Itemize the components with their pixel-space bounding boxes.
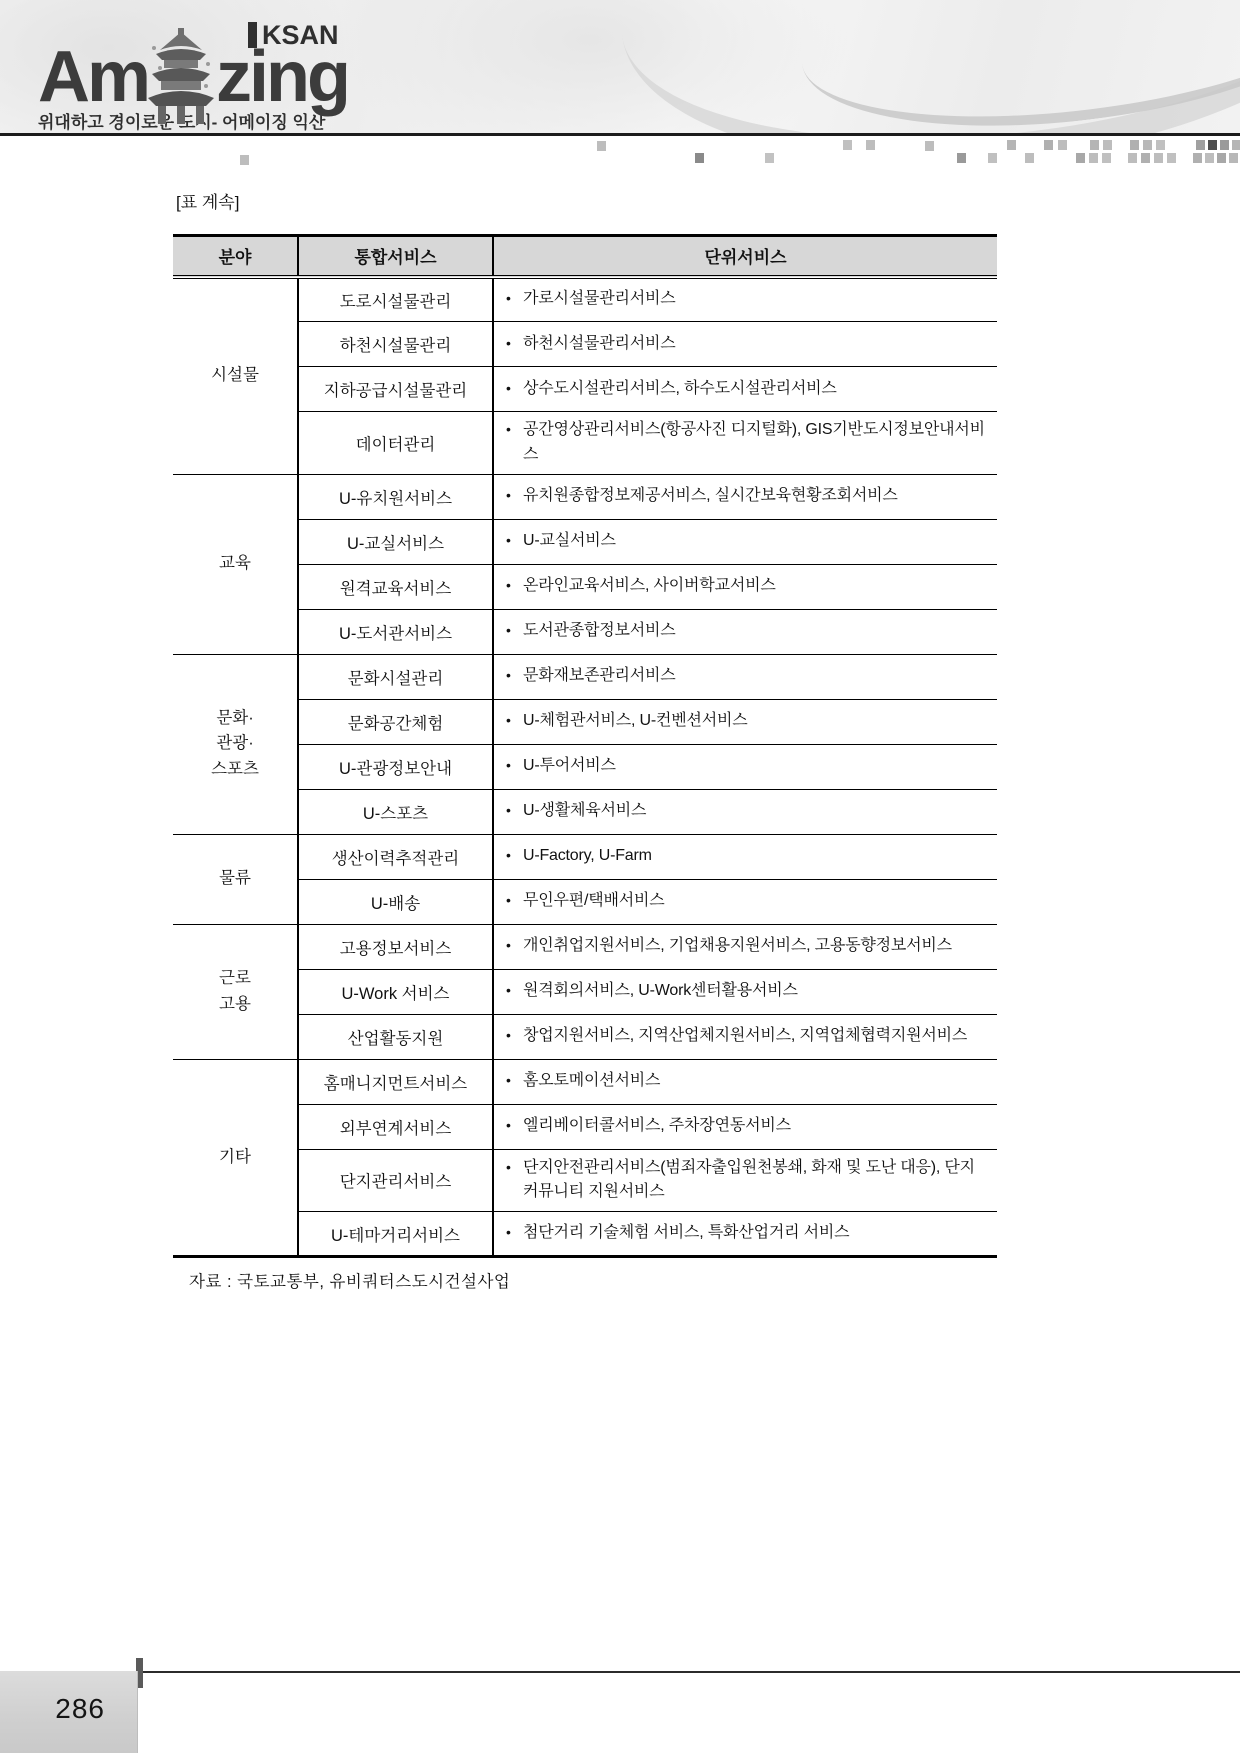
unit-service-text: 원격회의서비스, U-Work센터활용서비스 [523,979,989,1004]
table-continued-label: [표 계속] [176,188,239,213]
unit-service-text: 엘리베이터콜서비스, 주차장연동서비스 [523,1114,989,1139]
unit-service-cell: •U-투어서비스 [493,744,997,789]
bullet-icon: • [506,664,523,687]
unit-service-text: 홈오토메이션서비스 [523,1069,989,1094]
page-header: Am [0,0,1240,133]
bullet-icon: • [506,934,523,957]
unit-service-cell: •단지안전관리서비스(범죄자출입원천봉쇄, 화재 및 도난 대응), 단지 커뮤… [493,1149,997,1212]
unit-service-text: 하천시설물관리서비스 [523,332,989,357]
amazing-iksan-logo: Am [38,28,348,133]
integrated-service-cell: 원격교육서비스 [298,564,493,609]
header-divider [0,133,1240,136]
table-header-row: 분야 통합서비스 단위서비스 [173,236,997,277]
unit-service-cell: •엘리베이터콜서비스, 주차장연동서비스 [493,1104,997,1149]
unit-service-cell: •도서관종합정보서비스 [493,609,997,654]
table-row: 기타홈매니지먼트서비스•홈오토메이션서비스 [173,1059,997,1104]
page: Am [0,0,1240,1753]
logo-text-am: Am [38,38,148,116]
bullet-icon: • [506,754,523,777]
unit-service-text: 가로시설물관리서비스 [523,287,989,312]
unit-service-text: 첨단거리 기술체험 서비스, 특화산업거리 서비스 [523,1221,989,1246]
integrated-service-cell: 지하공급시설물관리 [298,367,493,412]
unit-service-text: 창업지원서비스, 지역산업체지원서비스, 지역업체협력지원서비스 [523,1024,989,1049]
unit-service-text: U-교실서비스 [523,529,989,554]
unit-service-text: 도서관종합정보서비스 [523,619,989,644]
unit-service-text: 유치원종합정보제공서비스, 실시간보육현황조회서비스 [523,484,989,509]
category-cell: 시설물 [173,277,298,475]
bullet-icon: • [506,1069,523,1092]
integrated-service-cell: 도로시설물관리 [298,277,493,322]
unit-service-cell: •문화재보존관리서비스 [493,654,997,699]
integrated-service-cell: 데이터관리 [298,412,493,475]
integrated-service-cell: 산업활동지원 [298,1014,493,1059]
column-header-integrated-service: 통합서비스 [298,236,493,277]
page-number-box: 286 [0,1671,138,1753]
unit-service-cell: •가로시설물관리서비스 [493,277,997,322]
unit-service-text: 무인우편/택배서비스 [523,889,989,914]
unit-service-text: 온라인교육서비스, 사이버학교서비스 [523,574,989,599]
unit-service-cell: •무인우편/택배서비스 [493,879,997,924]
pagoda-icon [148,28,214,124]
integrated-service-cell: U-배송 [298,879,493,924]
column-header-category: 분야 [173,236,298,277]
table-row: 교육U-유치원서비스•유치원종합정보제공서비스, 실시간보육현황조회서비스 [173,474,997,519]
bullet-icon: • [506,574,523,597]
unit-service-cell: •온라인교육서비스, 사이버학교서비스 [493,564,997,609]
table-row: 문화·관광·스포츠문화시설관리•문화재보존관리서비스 [173,654,997,699]
unit-service-cell: •첨단거리 기술체험 서비스, 특화산업거리 서비스 [493,1212,997,1257]
bullet-icon: • [506,1221,523,1244]
bullet-icon: • [506,1114,523,1137]
bullet-icon: • [506,1024,523,1047]
unit-service-cell: •유치원종합정보제공서비스, 실시간보육현황조회서비스 [493,474,997,519]
unit-service-text: U-체험관서비스, U-컨벤션서비스 [523,709,989,734]
bullet-icon: • [506,619,523,642]
bullet-icon: • [506,418,523,441]
unit-service-text: 공간영상관리서비스(항공사진 디지털화), GIS기반도시정보안내서비스 [523,418,989,468]
bullet-icon: • [506,287,523,310]
unit-service-cell: •하천시설물관리서비스 [493,322,997,367]
category-cell: 교육 [173,474,298,654]
unit-service-text: 문화재보존관리서비스 [523,664,989,689]
unit-service-text: U-생활체육서비스 [523,799,989,824]
unit-service-cell: •U-교실서비스 [493,519,997,564]
unit-service-cell: •U-체험관서비스, U-컨벤션서비스 [493,699,997,744]
integrated-service-cell: U-Work 서비스 [298,969,493,1014]
bullet-icon: • [506,1156,523,1179]
column-header-unit-service: 단위서비스 [493,236,997,277]
bullet-icon: • [506,377,523,400]
integrated-service-cell: 문화시설관리 [298,654,493,699]
logo-text-iksan: KSAN [248,22,339,48]
unit-service-text: U-Factory, U-Farm [523,844,989,869]
bullet-icon: • [506,709,523,732]
integrated-service-cell: U-교실서비스 [298,519,493,564]
table-row: 물류생산이력추적관리•U-Factory, U-Farm [173,834,997,879]
unit-service-cell: •원격회의서비스, U-Work센터활용서비스 [493,969,997,1014]
unit-service-cell: •U-생활체육서비스 [493,789,997,834]
integrated-service-cell: 고용정보서비스 [298,924,493,969]
integrated-service-cell: 단지관리서비스 [298,1149,493,1212]
integrated-service-cell: U-도서관서비스 [298,609,493,654]
category-cell: 문화·관광·스포츠 [173,654,298,834]
unit-service-cell: •창업지원서비스, 지역산업체지원서비스, 지역업체협력지원서비스 [493,1014,997,1059]
bullet-icon: • [506,799,523,822]
bullet-icon: • [506,529,523,552]
integrated-service-cell: U-관광정보안내 [298,744,493,789]
bullet-icon: • [506,332,523,355]
bullet-icon: • [506,484,523,507]
unit-service-text: 단지안전관리서비스(범죄자출입원천봉쇄, 화재 및 도난 대응), 단지 커뮤니… [523,1156,989,1206]
unit-service-text: 상수도시설관리서비스, 하수도시설관리서비스 [523,377,989,402]
category-cell: 물류 [173,834,298,924]
bullet-icon: • [506,979,523,1002]
unit-service-cell: •개인취업지원서비스, 기업채용지원서비스, 고용동향정보서비스 [493,924,997,969]
integrated-service-cell: U-테마거리서비스 [298,1212,493,1257]
integrated-service-cell: U-유치원서비스 [298,474,493,519]
unit-service-cell: •상수도시설관리서비스, 하수도시설관리서비스 [493,367,997,412]
table-row: 근로고용고용정보서비스•개인취업지원서비스, 기업채용지원서비스, 고용동향정보… [173,924,997,969]
category-cell: 근로고용 [173,924,298,1059]
unit-service-cell: •U-Factory, U-Farm [493,834,997,879]
table-source-note: 자료 : 국토교통부, 유비쿼터스도시건설사업 [189,1268,510,1292]
unit-service-text: U-투어서비스 [523,754,989,779]
bullet-icon: • [506,844,523,867]
unit-service-text: 개인취업지원서비스, 기업채용지원서비스, 고용동향정보서비스 [523,934,989,959]
unit-service-cell: •홈오토메이션서비스 [493,1059,997,1104]
bullet-icon: • [506,889,523,912]
logo-wordmark: Am [38,28,348,106]
integrated-service-cell: 하천시설물관리 [298,322,493,367]
table-row: 시설물도로시설물관리•가로시설물관리서비스 [173,277,997,322]
page-number: 286 [55,1693,105,1725]
integrated-service-cell: 생산이력추적관리 [298,834,493,879]
category-cell: 기타 [173,1059,298,1257]
integrated-service-cell: U-스포츠 [298,789,493,834]
integrated-service-cell: 문화공간체험 [298,699,493,744]
integrated-service-cell: 홈매니지먼트서비스 [298,1059,493,1104]
footer-rule [140,1671,1240,1673]
integrated-service-cell: 외부연계서비스 [298,1104,493,1149]
unit-service-cell: •공간영상관리서비스(항공사진 디지털화), GIS기반도시정보안내서비스 [493,412,997,475]
service-table: 분야 통합서비스 단위서비스 시설물도로시설물관리•가로시설물관리서비스하천시설… [173,234,997,1258]
